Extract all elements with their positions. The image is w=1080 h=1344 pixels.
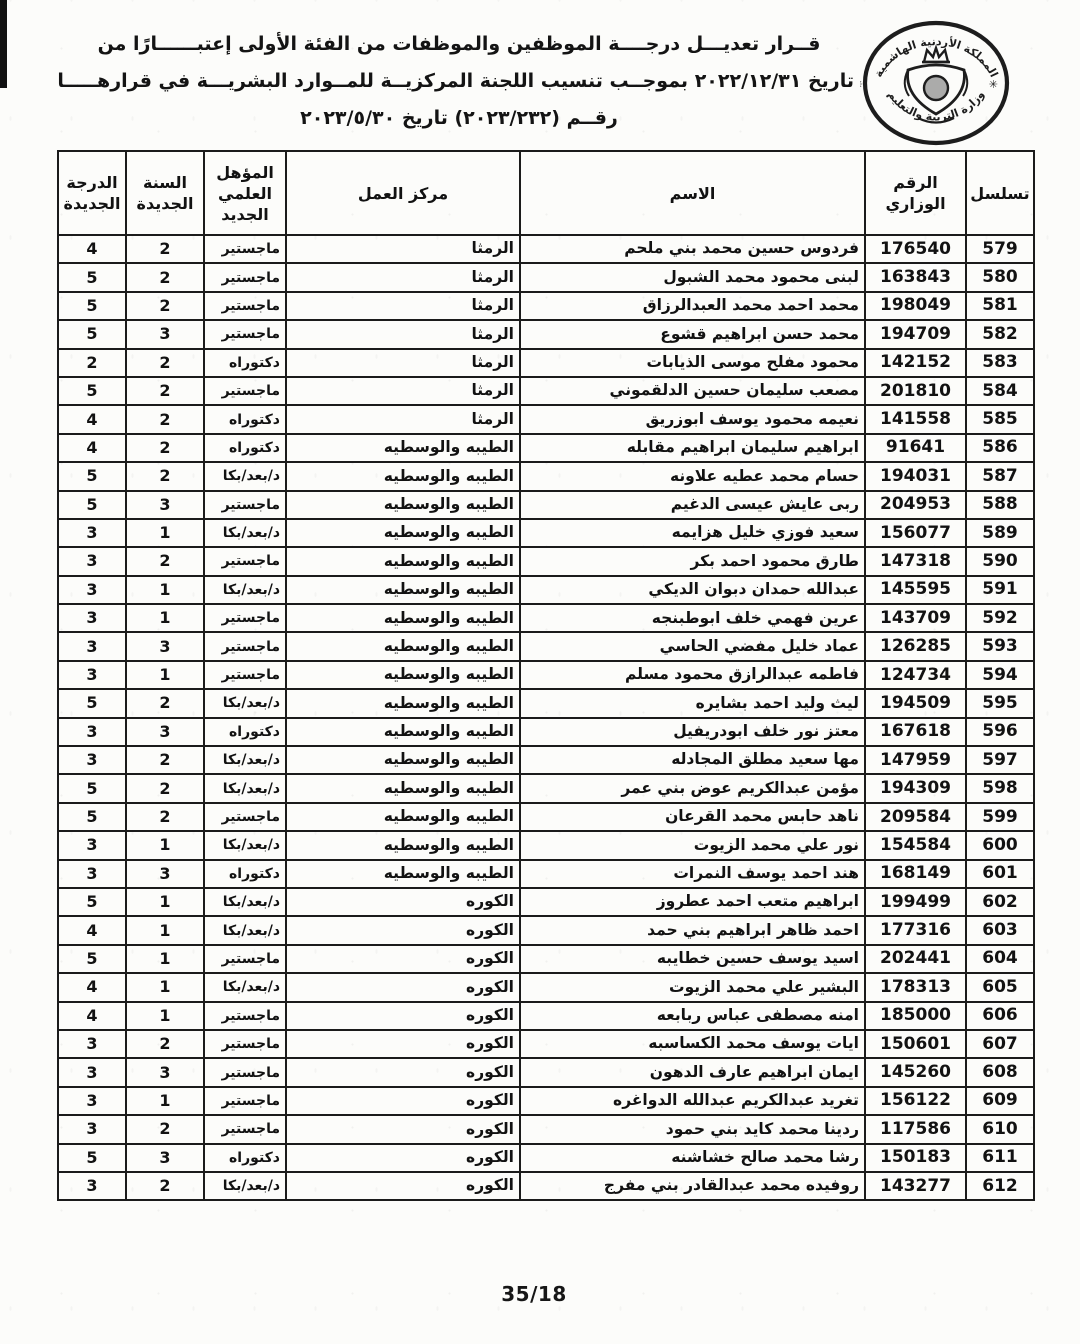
cell-new_grade: 4	[58, 973, 126, 1001]
cell-ministry_number: 145260	[865, 1058, 966, 1086]
cell-serial: 599	[966, 803, 1034, 831]
cell-new_grade: 5	[58, 689, 126, 717]
cell-serial: 605	[966, 973, 1034, 1001]
table-row: 606185000امنه مصطفى عباس ربابعهالكورهماج…	[58, 1002, 1034, 1030]
cell-work_center: الطيبه والوسطيه	[286, 746, 520, 774]
cell-new_year: 2	[126, 377, 204, 405]
cell-new_grade: 4	[58, 916, 126, 944]
cell-serial: 586	[966, 434, 1034, 462]
cell-work_center: الكوره	[286, 1172, 520, 1200]
cell-name: ابراهيم سليمان ابراهيم مقابله	[520, 434, 865, 462]
cell-new_grade: 5	[58, 803, 126, 831]
cell-new_grade: 5	[58, 888, 126, 916]
cell-qualification: د/بعد/بكا	[204, 774, 286, 802]
table-row: 579176540فردوس حسين محمد بني ملحمالرمثام…	[58, 235, 1034, 263]
column-header-name: الاسم	[520, 151, 865, 235]
cell-work_center: الطيبه والوسطيه	[286, 803, 520, 831]
cell-qualification: د/بعد/بكا	[204, 576, 286, 604]
cell-new_grade: 3	[58, 661, 126, 689]
cell-new_year: 2	[126, 1172, 204, 1200]
cell-serial: 603	[966, 916, 1034, 944]
cell-new_year: 2	[126, 462, 204, 490]
cell-new_grade: 3	[58, 547, 126, 575]
cell-qualification: ماجستير	[204, 1087, 286, 1115]
cell-new_grade: 3	[58, 746, 126, 774]
cell-new_grade: 5	[58, 263, 126, 291]
column-header-new_year: السنة الجديدة	[126, 151, 204, 235]
cell-work_center: الطيبه والوسطيه	[286, 718, 520, 746]
cell-serial: 611	[966, 1144, 1034, 1172]
seal-star-left-icon: ✳	[860, 78, 863, 91]
cell-qualification: ماجستير	[204, 803, 286, 831]
table-row: 605178313البشير علي محمد الزيوتالكورهد/ب…	[58, 973, 1034, 1001]
seal-top-text: المملكة الأردنية الهاشمية	[872, 35, 1001, 79]
cell-qualification: ماجستير	[204, 292, 286, 320]
cell-work_center: الطيبه والوسطيه	[286, 860, 520, 888]
table-row: 611150183رشا محمد صالح خشاشنهالكورهدكتور…	[58, 1144, 1034, 1172]
table-row: 599209584ناهد حابس محمد القرعانالطيبه وا…	[58, 803, 1034, 831]
cell-ministry_number: 142152	[865, 349, 966, 377]
table-row: 587194031حسام محمد عطيه علاونهالطيبه وال…	[58, 462, 1034, 490]
cell-ministry_number: 209584	[865, 803, 966, 831]
cell-qualification: د/بعد/بكا	[204, 973, 286, 1001]
cell-work_center: الطيبه والوسطيه	[286, 689, 520, 717]
cell-qualification: د/بعد/بكا	[204, 831, 286, 859]
cell-name: محمد حسن ابراهيم قشوع	[520, 320, 865, 348]
cell-work_center: الطيبه والوسطيه	[286, 462, 520, 490]
crown-icon	[922, 48, 950, 62]
table-row: 585141558نعيمه محمود يوسف ابوزريقالرمثاد…	[58, 405, 1034, 433]
seal-star-right-icon: ✳	[989, 78, 998, 91]
cell-serial: 581	[966, 292, 1034, 320]
table-row: 581198049محمد احمد محمد العبدالرزاقالرمث…	[58, 292, 1034, 320]
cell-ministry_number: 117586	[865, 1115, 966, 1143]
cell-work_center: الرمثا	[286, 235, 520, 263]
cell-ministry_number: 185000	[865, 1002, 966, 1030]
cell-name: معتز نور خلف ابودريفيل	[520, 718, 865, 746]
cell-name: ايمان ابراهيم عارف الدهون	[520, 1058, 865, 1086]
cell-work_center: الطيبه والوسطيه	[286, 604, 520, 632]
table-row: 593126285عماد خليل مفضي الحاسيالطيبه وال…	[58, 632, 1034, 660]
cell-name: طارق محمود احمد بكر	[520, 547, 865, 575]
table-row: 596167618معتز نور خلف ابودريفيلالطيبه وا…	[58, 718, 1034, 746]
table-row: 612143277روفيده محمد عبدالقادر بني مفرجا…	[58, 1172, 1034, 1200]
cell-name: هند احمد يوسف النمرات	[520, 860, 865, 888]
table-row: 608145260ايمان ابراهيم عارف الدهونالكوره…	[58, 1058, 1034, 1086]
cell-serial: 582	[966, 320, 1034, 348]
cell-work_center: الكوره	[286, 1030, 520, 1058]
cell-serial: 606	[966, 1002, 1034, 1030]
cell-qualification: د/بعد/بكا	[204, 916, 286, 944]
cell-qualification: د/بعد/بكا	[204, 1172, 286, 1200]
cell-qualification: ماجستير	[204, 661, 286, 689]
cell-serial: 595	[966, 689, 1034, 717]
table-row: 610117586ردينا محمد كايد بني حمودالكورهم…	[58, 1115, 1034, 1143]
cell-ministry_number: 199499	[865, 888, 966, 916]
cell-qualification: د/بعد/بكا	[204, 462, 286, 490]
cell-work_center: الطيبه والوسطيه	[286, 547, 520, 575]
cell-new_grade: 5	[58, 292, 126, 320]
table-row: 603177316احمد ظاهر ابراهيم بني حمدالكوره…	[58, 916, 1034, 944]
cell-new_year: 3	[126, 491, 204, 519]
cell-serial: 602	[966, 888, 1034, 916]
cell-new_year: 1	[126, 576, 204, 604]
cell-name: احمد ظاهر ابراهيم بني حمد	[520, 916, 865, 944]
cell-new_year: 1	[126, 604, 204, 632]
cell-qualification: ماجستير	[204, 604, 286, 632]
cell-name: عماد خليل مفضي الحاسي	[520, 632, 865, 660]
cell-new_grade: 3	[58, 576, 126, 604]
cell-work_center: الكوره	[286, 888, 520, 916]
cell-serial: 607	[966, 1030, 1034, 1058]
cell-name: ربى عايش عيسى الدغيم	[520, 491, 865, 519]
cell-new_year: 2	[126, 1115, 204, 1143]
cell-name: فردوس حسين محمد بني ملحم	[520, 235, 865, 263]
cell-new_year: 3	[126, 632, 204, 660]
cell-qualification: دكتوراه	[204, 1144, 286, 1172]
cell-name: ليث وليد احمد بشايره	[520, 689, 865, 717]
cell-name: مصعب سليمان حسين الدلقموني	[520, 377, 865, 405]
column-header-work_center: مركز العمل	[286, 151, 520, 235]
cell-new_grade: 2	[58, 349, 126, 377]
cell-qualification: د/بعد/بكا	[204, 519, 286, 547]
cell-new_year: 1	[126, 973, 204, 1001]
scan-artifact	[0, 0, 7, 88]
cell-work_center: الطيبه والوسطيه	[286, 831, 520, 859]
cell-new_year: 2	[126, 405, 204, 433]
cell-qualification: ماجستير	[204, 1115, 286, 1143]
cell-new_year: 3	[126, 320, 204, 348]
cell-work_center: الكوره	[286, 916, 520, 944]
cell-serial: 601	[966, 860, 1034, 888]
cell-serial: 589	[966, 519, 1034, 547]
cell-ministry_number: 201810	[865, 377, 966, 405]
cell-ministry_number: 145595	[865, 576, 966, 604]
cell-qualification: دكتوراه	[204, 434, 286, 462]
cell-new_year: 2	[126, 349, 204, 377]
cell-work_center: الكوره	[286, 1087, 520, 1115]
cell-work_center: الطيبه والوسطيه	[286, 491, 520, 519]
table-row: 594124734فاطمه عبدالرازق محمود مسلمالطيب…	[58, 661, 1034, 689]
table-row: 592143709عرين فهمي خلف ابوطبنجهالطيبه وا…	[58, 604, 1034, 632]
table-row: 604202441اسيد يوسف حسين خطايبهالكورهماجس…	[58, 945, 1034, 973]
cell-serial: 609	[966, 1087, 1034, 1115]
column-header-qualification: المؤهل العلمي الجديد	[204, 151, 286, 235]
cell-new_year: 1	[126, 831, 204, 859]
cell-name: سعيد فوزي خليل هزايمه	[520, 519, 865, 547]
cell-ministry_number: 147959	[865, 746, 966, 774]
table-row: 609156122تغريد عبدالكريم عبدالله الدواغر…	[58, 1087, 1034, 1115]
cell-new_year: 3	[126, 718, 204, 746]
cell-qualification: دكتوراه	[204, 405, 286, 433]
cell-qualification: ماجستير	[204, 377, 286, 405]
table-row: 601168149هند احمد يوسف النمراتالطيبه وال…	[58, 860, 1034, 888]
cell-ministry_number: 168149	[865, 860, 966, 888]
cell-ministry_number: 167618	[865, 718, 966, 746]
cell-ministry_number: 150601	[865, 1030, 966, 1058]
cell-new_year: 1	[126, 1087, 204, 1115]
cell-new_grade: 5	[58, 774, 126, 802]
cell-work_center: الكوره	[286, 945, 520, 973]
cell-ministry_number: 194031	[865, 462, 966, 490]
cell-ministry_number: 163843	[865, 263, 966, 291]
cell-serial: 594	[966, 661, 1034, 689]
cell-serial: 580	[966, 263, 1034, 291]
cell-ministry_number: 194509	[865, 689, 966, 717]
cell-new_grade: 5	[58, 320, 126, 348]
cell-new_year: 3	[126, 1144, 204, 1172]
table-row: 588204953ربى عايش عيسى الدغيمالطيبه والو…	[58, 491, 1034, 519]
cell-serial: 579	[966, 235, 1034, 263]
cell-new_grade: 5	[58, 491, 126, 519]
cell-new_grade: 5	[58, 945, 126, 973]
cell-new_year: 1	[126, 916, 204, 944]
cell-new_grade: 4	[58, 235, 126, 263]
cell-ministry_number: 147318	[865, 547, 966, 575]
cell-work_center: الطيبه والوسطيه	[286, 576, 520, 604]
cell-new_grade: 5	[58, 1144, 126, 1172]
cell-serial: 591	[966, 576, 1034, 604]
table-row: 598194309مؤمن عبدالكريم عوض بني عمرالطيب…	[58, 774, 1034, 802]
employees-table: تسلسلالرقم الوزاريالاسممركز العملالمؤهل …	[57, 150, 1035, 1201]
cell-serial: 592	[966, 604, 1034, 632]
cell-new_grade: 3	[58, 1030, 126, 1058]
cell-work_center: الرمثا	[286, 405, 520, 433]
cell-ministry_number: 143709	[865, 604, 966, 632]
table-header-row: تسلسلالرقم الوزاريالاسممركز العملالمؤهل …	[58, 151, 1034, 235]
cell-work_center: الكوره	[286, 1115, 520, 1143]
cell-new_grade: 3	[58, 860, 126, 888]
cell-new_grade: 3	[58, 1115, 126, 1143]
cell-new_year: 2	[126, 263, 204, 291]
cell-new_grade: 4	[58, 434, 126, 462]
cell-ministry_number: 124734	[865, 661, 966, 689]
cell-qualification: ماجستير	[204, 945, 286, 973]
cell-name: ناهد حابس محمد القرعان	[520, 803, 865, 831]
decision-header: قــرار تعديـــل درجــــة الموظفين والموظ…	[64, 26, 854, 137]
cell-qualification: د/بعد/بكا	[204, 888, 286, 916]
cell-work_center: الطيبه والوسطيه	[286, 434, 520, 462]
cell-name: ردينا محمد كايد بني حمود	[520, 1115, 865, 1143]
cell-new_grade: 3	[58, 1058, 126, 1086]
cell-qualification: ماجستير	[204, 491, 286, 519]
table-header: تسلسلالرقم الوزاريالاسممركز العملالمؤهل …	[58, 151, 1034, 235]
cell-serial: 593	[966, 632, 1034, 660]
cell-new_year: 2	[126, 689, 204, 717]
cell-work_center: الرمثا	[286, 320, 520, 348]
table-body: 579176540فردوس حسين محمد بني ملحمالرمثام…	[58, 235, 1034, 1200]
cell-ministry_number: 150183	[865, 1144, 966, 1172]
cell-serial: 596	[966, 718, 1034, 746]
cell-serial: 610	[966, 1115, 1034, 1143]
cell-ministry_number: 143277	[865, 1172, 966, 1200]
cell-work_center: الرمثا	[286, 263, 520, 291]
cell-ministry_number: 204953	[865, 491, 966, 519]
cell-serial: 608	[966, 1058, 1034, 1086]
cell-qualification: د/بعد/بكا	[204, 689, 286, 717]
decision-header-line2: تاريخ ٢٠٢٢/١٢/٣١ بموجــب تنسيب اللجنة ال…	[64, 63, 854, 100]
cell-ministry_number: 194709	[865, 320, 966, 348]
cell-work_center: الكوره	[286, 1002, 520, 1030]
cell-name: محمد احمد محمد العبدالرزاق	[520, 292, 865, 320]
cell-new_year: 2	[126, 292, 204, 320]
cell-name: اسيد يوسف حسين خطايبه	[520, 945, 865, 973]
cell-ministry_number: 154584	[865, 831, 966, 859]
cell-serial: 597	[966, 746, 1034, 774]
table-row: 602199499ابراهيم متعب احمد عطروزالكورهد/…	[58, 888, 1034, 916]
cell-work_center: الطيبه والوسطيه	[286, 519, 520, 547]
cell-qualification: ماجستير	[204, 1030, 286, 1058]
cell-serial: 600	[966, 831, 1034, 859]
cell-name: امنه مصطفى عباس ربابعه	[520, 1002, 865, 1030]
cell-work_center: الطيبه والوسطيه	[286, 774, 520, 802]
table-row: 580163843لبنى محمود محمد الشبولالرمثاماج…	[58, 263, 1034, 291]
cell-new_year: 2	[126, 547, 204, 575]
table-row: 584201810مصعب سليمان حسين الدلقمونيالرمث…	[58, 377, 1034, 405]
cell-ministry_number: 141558	[865, 405, 966, 433]
cell-serial: 583	[966, 349, 1034, 377]
cell-work_center: الكوره	[286, 1058, 520, 1086]
table-row: 583142152محمود مفلح موسى الذياباتالرمثاد…	[58, 349, 1034, 377]
table-row: 589156077سعيد فوزي خليل هزايمهالطيبه وال…	[58, 519, 1034, 547]
cell-new_year: 1	[126, 519, 204, 547]
cell-ministry_number: 194309	[865, 774, 966, 802]
cell-work_center: الرمثا	[286, 349, 520, 377]
cell-name: نعيمه محمود يوسف ابوزريق	[520, 405, 865, 433]
cell-name: محمود مفلح موسى الذيابات	[520, 349, 865, 377]
cell-qualification: دكتوراه	[204, 860, 286, 888]
cell-serial: 612	[966, 1172, 1034, 1200]
document-page: { "header": { "line1": "قــرار تعديـــل …	[0, 0, 1080, 1344]
cell-new_grade: 3	[58, 831, 126, 859]
page-number: 35/18	[0, 1282, 1068, 1306]
cell-qualification: ماجستير	[204, 320, 286, 348]
cell-ministry_number: 202441	[865, 945, 966, 973]
cell-new_year: 2	[126, 803, 204, 831]
column-header-new_grade: الدرجة الجديدة	[58, 151, 126, 235]
cell-name: عبدالله حمدان دبوان الديكي	[520, 576, 865, 604]
cell-serial: 587	[966, 462, 1034, 490]
decision-header-line1: قــرار تعديـــل درجــــة الموظفين والموظ…	[64, 26, 854, 63]
cell-new_year: 2	[126, 774, 204, 802]
cell-new_year: 1	[126, 888, 204, 916]
cell-new_grade: 3	[58, 1087, 126, 1115]
cell-name: فاطمه عبدالرازق محمود مسلم	[520, 661, 865, 689]
cell-ministry_number: 156122	[865, 1087, 966, 1115]
cell-qualification: دكتوراه	[204, 718, 286, 746]
cell-new_grade: 3	[58, 1172, 126, 1200]
cell-name: لبنى محمود محمد الشبول	[520, 263, 865, 291]
cell-ministry_number: 91641	[865, 434, 966, 462]
cell-name: ايات يوسف محمد الكساسبه	[520, 1030, 865, 1058]
cell-new_grade: 3	[58, 718, 126, 746]
decision-header-line3: رقــم (٢٠٢٣/٢٣٢) تاريخ ٢٠٢٣/٥/٣٠	[64, 100, 854, 137]
column-header-ministry_number: الرقم الوزاري	[865, 151, 966, 235]
cell-serial: 585	[966, 405, 1034, 433]
cell-work_center: الكوره	[286, 973, 520, 1001]
cell-serial: 590	[966, 547, 1034, 575]
ministry-seal: المملكة الأردنية الهاشمية وزارة التربية …	[860, 18, 1012, 148]
cell-new_year: 3	[126, 1058, 204, 1086]
table-row: 600154584نور علي محمد الزيوتالطيبه والوس…	[58, 831, 1034, 859]
column-header-serial: تسلسل	[966, 151, 1034, 235]
cell-serial: 598	[966, 774, 1034, 802]
cell-qualification: ماجستير	[204, 263, 286, 291]
cell-qualification: دكتوراه	[204, 349, 286, 377]
cell-ministry_number: 156077	[865, 519, 966, 547]
cell-new_year: 3	[126, 860, 204, 888]
cell-serial: 604	[966, 945, 1034, 973]
cell-ministry_number: 176540	[865, 235, 966, 263]
cell-new_year: 1	[126, 945, 204, 973]
cell-qualification: ماجستير	[204, 632, 286, 660]
cell-name: نور علي محمد الزيوت	[520, 831, 865, 859]
cell-qualification: ماجستير	[204, 1002, 286, 1030]
table-row: 591145595عبدالله حمدان دبوان الديكيالطيب…	[58, 576, 1034, 604]
cell-new_grade: 5	[58, 377, 126, 405]
cell-work_center: الكوره	[286, 1144, 520, 1172]
cell-work_center: الرمثا	[286, 292, 520, 320]
cell-name: تغريد عبدالكريم عبدالله الدواغره	[520, 1087, 865, 1115]
cell-name: مها سعيد مطلق المجادله	[520, 746, 865, 774]
table-row: 582194709محمد حسن ابراهيم قشوعالرمثاماجس…	[58, 320, 1034, 348]
cell-work_center: الطيبه والوسطيه	[286, 661, 520, 689]
cell-new_year: 2	[126, 235, 204, 263]
cell-work_center: الرمثا	[286, 377, 520, 405]
cell-new_year: 2	[126, 434, 204, 462]
cell-name: البشير علي محمد الزيوت	[520, 973, 865, 1001]
cell-qualification: د/بعد/بكا	[204, 746, 286, 774]
cell-qualification: ماجستير	[204, 547, 286, 575]
cell-new_year: 1	[126, 1002, 204, 1030]
table-row: 607150601ايات يوسف محمد الكساسبهالكورهما…	[58, 1030, 1034, 1058]
cell-qualification: ماجستير	[204, 1058, 286, 1086]
cell-new_year: 2	[126, 746, 204, 774]
cell-ministry_number: 177316	[865, 916, 966, 944]
cell-qualification: ماجستير	[204, 235, 286, 263]
table-row: 58691641ابراهيم سليمان ابراهيم مقابلهالط…	[58, 434, 1034, 462]
cell-new_year: 2	[126, 1030, 204, 1058]
cell-new_grade: 3	[58, 632, 126, 660]
cell-new_grade: 3	[58, 604, 126, 632]
cell-ministry_number: 126285	[865, 632, 966, 660]
cell-new_grade: 4	[58, 1002, 126, 1030]
cell-name: مؤمن عبدالكريم عوض بني عمر	[520, 774, 865, 802]
cell-ministry_number: 178313	[865, 973, 966, 1001]
cell-serial: 584	[966, 377, 1034, 405]
cell-name: رشا محمد صالح خشاشنه	[520, 1144, 865, 1172]
table-row: 595194509ليث وليد احمد بشايرهالطيبه والو…	[58, 689, 1034, 717]
cell-work_center: الطيبه والوسطيه	[286, 632, 520, 660]
cell-name: روفيده محمد عبدالقادر بني مفرج	[520, 1172, 865, 1200]
cell-serial: 588	[966, 491, 1034, 519]
cell-name: عرين فهمي خلف ابوطبنجه	[520, 604, 865, 632]
cell-new_grade: 3	[58, 519, 126, 547]
table-row: 590147318طارق محمود احمد بكرالطيبه والوس…	[58, 547, 1034, 575]
cell-name: ابراهيم متعب احمد عطروز	[520, 888, 865, 916]
cell-new_grade: 4	[58, 405, 126, 433]
cell-name: حسام محمد عطيه علاونه	[520, 462, 865, 490]
table-row: 597147959مها سعيد مطلق المجادلهالطيبه وا…	[58, 746, 1034, 774]
cell-new_year: 1	[126, 661, 204, 689]
cell-new_grade: 5	[58, 462, 126, 490]
cell-ministry_number: 198049	[865, 292, 966, 320]
